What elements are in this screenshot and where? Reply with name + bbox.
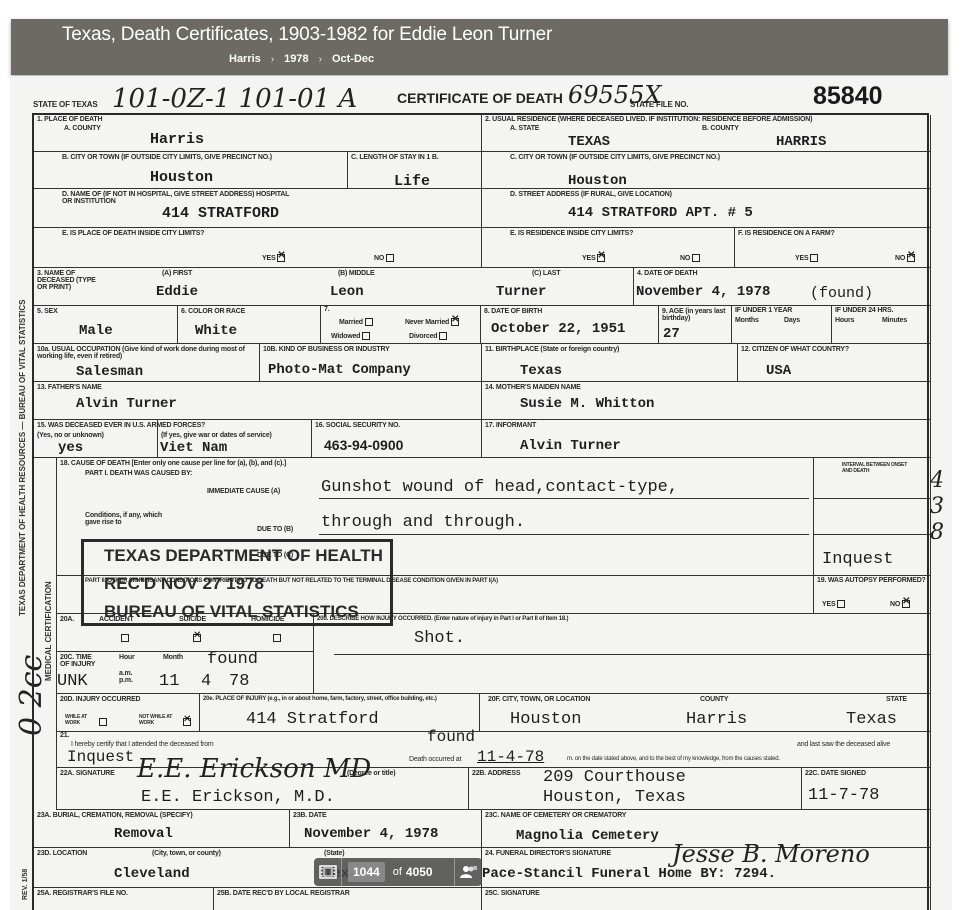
field-armed-forces: 15. WAS DECEASED EVER IN U.S. ARMED FORC… — [34, 420, 158, 458]
checkbox-yes[interactable] — [810, 254, 818, 262]
record-title: Texas, Death Certificates, 1903-1982 for… — [62, 24, 552, 46]
value-county: Harris — [150, 131, 204, 148]
checkbox-widowed[interactable] — [362, 332, 370, 340]
current-page-input[interactable]: 1044 — [348, 862, 385, 882]
state-file-number: 85840 — [813, 82, 883, 111]
field-registrar-file: 25a. REGISTRAR'S FILE NO. — [34, 888, 214, 910]
checkbox-while-at-work[interactable] — [99, 718, 107, 726]
field-funeral-director: 24. FUNERAL DIRECTOR'S SIGNATURE Jesse B… — [482, 848, 931, 888]
margin-handwritten-note: 4 3 8 — [930, 468, 944, 546]
field-under-year: IF UNDER 1 YEAR Months Days — [732, 306, 832, 344]
field-residence-state: 2. USUAL RESIDENCE (Where deceased lived… — [482, 115, 931, 152]
breadcrumb-quarter[interactable]: Oct-Dec — [332, 53, 374, 65]
field-residence-city: c. CITY OR TOWN (If outside city limits,… — [482, 152, 931, 189]
checkbox-no[interactable] — [907, 254, 915, 262]
field-registrar-date: 25b. DATE REC'D BY LOCAL REGISTRAR — [214, 888, 482, 910]
field-race: 6. COLOR OR RACE White — [178, 306, 321, 344]
field-war-service: (If yes, give war or dates of service) V… — [158, 420, 312, 458]
checkbox-yes[interactable] — [277, 254, 285, 262]
field-residence-inside: e. IS RESIDENCE INSIDE CITY LIMITS? YES … — [482, 228, 735, 268]
field-occupation: 10a. USUAL OCCUPATION (Give kind of work… — [34, 344, 260, 382]
people-icon[interactable] — [454, 858, 482, 886]
field-residence-farm: f. IS RESIDENCE ON A FARM? YES NO — [735, 228, 931, 268]
checkbox-no[interactable] — [692, 254, 700, 262]
record-header: Texas, Death Certificates, 1903-1982 for… — [11, 19, 948, 75]
breadcrumb-separator: › — [271, 54, 274, 65]
received-stamp: TEXAS DEPARTMENT OF HEALTH REC'D NOV 27 … — [81, 539, 393, 626]
total-pages: 4050 — [406, 865, 433, 879]
field-address: 22b. ADDRESS 209 Courthouse Houston, Tex… — [469, 768, 802, 810]
field-residence-street: d. STREET ADDRESS (If rural, give locati… — [482, 189, 931, 228]
checkbox-married[interactable] — [365, 318, 373, 326]
checkbox-not-at-work[interactable] — [183, 718, 191, 726]
checkbox-homicide[interactable] — [273, 634, 281, 642]
field-registrar-signature: 25c. SIGNATURE — [482, 888, 931, 910]
value-middle-name: Leon — [330, 284, 364, 300]
breadcrumb-separator: › — [319, 54, 322, 65]
field-marital: 7. Married Never Married Widowed Divorce… — [321, 306, 481, 344]
breadcrumb-year[interactable]: 1978 — [284, 53, 308, 65]
field-signature: 22a. SIGNATURE (Degree or title) E.E. Er… — [57, 768, 469, 810]
field-injury-description: 20b. DESCRIBE HOW INJURY OCCURRED. (Ente… — [314, 614, 931, 694]
field-age: 9. AGE (in years last birthday) 27 — [659, 306, 732, 344]
certificate-title: CERTIFICATE OF DEATH — [397, 90, 563, 106]
document-image[interactable]: TEXAS DEPARTMENT OF HEALTH RESOURCES — B… — [10, 76, 952, 910]
certificate-form: 1. PLACE OF DEATH a. COUNTY Harris b. CI… — [32, 113, 929, 910]
checkbox-divorced[interactable] — [439, 332, 447, 340]
field-hospital: d. NAME OF (If not in hospital, give str… — [34, 189, 482, 228]
field-burial-date: 23b. DATE November 4, 1978 — [290, 810, 482, 848]
field-place-county: 1. PLACE OF DEATH a. COUNTY Harris — [34, 115, 482, 152]
field-date-of-death: 4. DATE OF DEATH November 4, 1978 (found… — [634, 268, 931, 306]
field-time-of-injury: 20c. TIME OF INJURY Hour Month found UNK… — [57, 652, 314, 694]
field-place-city: b. CITY OR TOWN (If outside city limits,… — [34, 152, 348, 189]
field-mother: 14. MOTHER'S MAIDEN NAME Susie M. Whitto… — [482, 382, 931, 420]
field-place-of-injury: 20e. PLACE OF INJURY (e.g., in or about … — [200, 694, 480, 732]
checkbox-no[interactable] — [386, 254, 394, 262]
field-informant: 17. INFORMANT Alvin Turner — [482, 420, 931, 458]
value-first-name: Eddie — [156, 284, 198, 300]
breadcrumb-county[interactable]: Harris — [229, 53, 261, 65]
field-ssn: 16. SOCIAL SECURITY NO. 463-94-0900 — [312, 420, 482, 458]
of-label: of — [393, 866, 402, 878]
value-last-name: Turner — [496, 284, 546, 300]
checkbox-autopsy-no[interactable] — [902, 600, 910, 608]
side-text-rev: REV. 1/58 — [22, 869, 29, 900]
handwritten-funeral-signature: Jesse B. Moreno — [672, 840, 870, 868]
breadcrumb: Harris › 1978 › Oct-Dec — [229, 53, 374, 65]
side-text-agency: TEXAS DEPARTMENT OF HEALTH RESOURCES — B… — [18, 300, 27, 616]
field-injury-location: 20f. CITY, TOWN, OR LOCATION Houston COU… — [480, 694, 931, 732]
field-date-signed: 22c. DATE SIGNED 11-7-78 — [802, 768, 931, 810]
state-file-label: STATE FILE NO. — [630, 100, 688, 109]
filmstrip-icon[interactable] — [314, 858, 342, 886]
checkbox-suicide[interactable] — [193, 634, 201, 642]
field-length-of-stay: c. LENGTH OF STAY in 1 b. Life — [348, 152, 482, 189]
field-business: 10b. KIND OF BUSINESS OR INDUSTRY Photo-… — [260, 344, 482, 382]
field-citizen: 12. CITIZEN OF WHAT COUNTRY? USA — [738, 344, 931, 382]
value-immediate-cause: Gunshot wound of head,contact-type, — [321, 478, 678, 497]
field-date-of-birth: 8. DATE OF BIRTH October 22, 1951 — [481, 306, 659, 344]
state-of-texas-label: STATE OF TEXAS — [33, 100, 97, 109]
checkbox-yes[interactable] — [597, 254, 605, 262]
field-inside-limits: e. IS PLACE OF DEATH INSIDE CITY LIMITS?… — [34, 228, 482, 268]
checkbox-autopsy-yes[interactable] — [837, 600, 845, 608]
field-interval: INTERVAL BETWEEN ONSET AND DEATH Inquest — [814, 458, 931, 576]
image-pager: 1044 of 4050 — [314, 858, 482, 886]
field-injury-occurred: 20d. INJURY OCCURRED WHILE AT WORK NOT W… — [57, 694, 200, 732]
checkbox-accident[interactable] — [121, 634, 129, 642]
handwritten-code: 101-0Z-1 101-01 A — [112, 84, 357, 114]
field-sex: 5. SEX Male — [34, 306, 178, 344]
field-name: 3. NAME OF DECEASED (Type or print) (a) … — [34, 268, 634, 306]
handwritten-signature: E.E. Erickson MD — [137, 754, 371, 784]
field-father: 13. FATHER'S NAME Alvin Turner — [34, 382, 482, 420]
field-autopsy: 19. WAS AUTOPSY PERFORMED? YES NO — [814, 576, 931, 614]
checkbox-never-married[interactable] — [451, 318, 459, 326]
field-under-day: IF UNDER 24 HRS. Hours Minutes — [832, 306, 931, 344]
field-birthplace: 11. BIRTHPLACE (State or foreign country… — [482, 344, 738, 382]
field-burial: 23a. BURIAL, CREMATION, REMOVAL (Specify… — [34, 810, 290, 848]
